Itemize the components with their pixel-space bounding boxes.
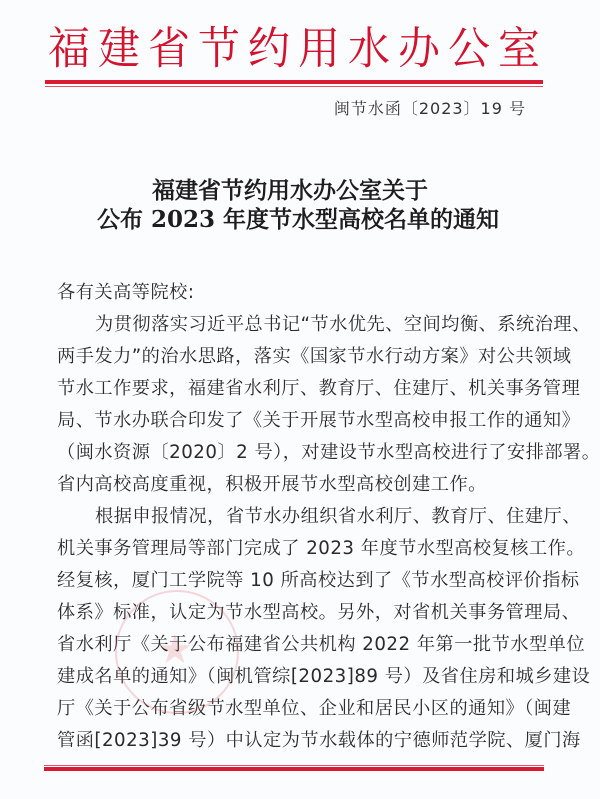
letterhead-divider-thin <box>45 86 543 87</box>
body-line: 为贯彻落实习近平总书记“节水优先、空间均衡、系统治理、 <box>95 313 542 337</box>
body-line: 机关事务管理局等部门完成了 2023 年度节水型高校复核工作。 <box>57 537 542 561</box>
letterhead-organization: 福 建 省 节 约 用 水 办 公 室 <box>44 22 544 76</box>
footer-divider-thin <box>44 765 544 766</box>
body-line: （闽水资源〔2020〕2 号），对建设节水型高校进行了安排部署。 <box>57 441 542 465</box>
document-page: 福 建 省 节 约 用 水 办 公 室 闽节水函〔2023〕19 号 福建省节约… <box>0 0 600 799</box>
body-line: 经复核，厦门工学院等 10 所高校达到了《节水型高校评价指标 <box>57 569 542 593</box>
document-number: 闽节水函〔2023〕19 号 <box>334 98 526 120</box>
body-line: 管函[2023]39 号）中认定为节水载体的宁德师范学院、厦门海 <box>57 729 542 753</box>
official-seal-icon: ★ <box>115 590 239 714</box>
letterhead-char: 室 <box>494 21 544 78</box>
letterhead-char: 公 <box>444 21 494 78</box>
letterhead-divider-thick <box>45 80 543 84</box>
body-line: 两手发力”的治水思路，落实《国家节水行动方案》对公共领域 <box>57 345 542 369</box>
letterhead-char: 建 <box>94 21 144 78</box>
letterhead-char: 省 <box>144 21 194 78</box>
seal-star-icon: ★ <box>157 630 193 670</box>
letterhead-char: 福 <box>44 21 94 78</box>
document-title-line-1: 福建省节约用水办公室关于 <box>0 176 590 206</box>
letterhead-char: 用 <box>294 21 344 78</box>
document-title-line-2: 公布 2023 年度节水型高校名单的通知 <box>0 205 598 235</box>
letterhead-char: 节 <box>194 21 244 78</box>
letterhead-char: 水 <box>344 21 394 78</box>
body-line: 省内高校高度重视，积极开展节水型高校创建工作。 <box>57 473 542 497</box>
letterhead-char: 办 <box>394 21 444 78</box>
footer-divider-thick <box>44 767 544 771</box>
body-line: 局、节水办联合印发了《关于开展节水型高校申报工作的通知》 <box>57 409 542 433</box>
body-line: 节水工作要求，福建省水利厅、教育厅、住建厅、机关事务管理 <box>57 377 542 401</box>
salutation: 各有关高等院校: <box>57 281 542 305</box>
body-line: 根据申报情况，省节水办组织省水利厅、教育厅、住建厅、 <box>95 505 542 529</box>
letterhead-char: 约 <box>244 21 294 78</box>
body-line: 厅《关于公布省级节水型单位、企业和居民小区的通知》（闽建 <box>57 697 542 721</box>
